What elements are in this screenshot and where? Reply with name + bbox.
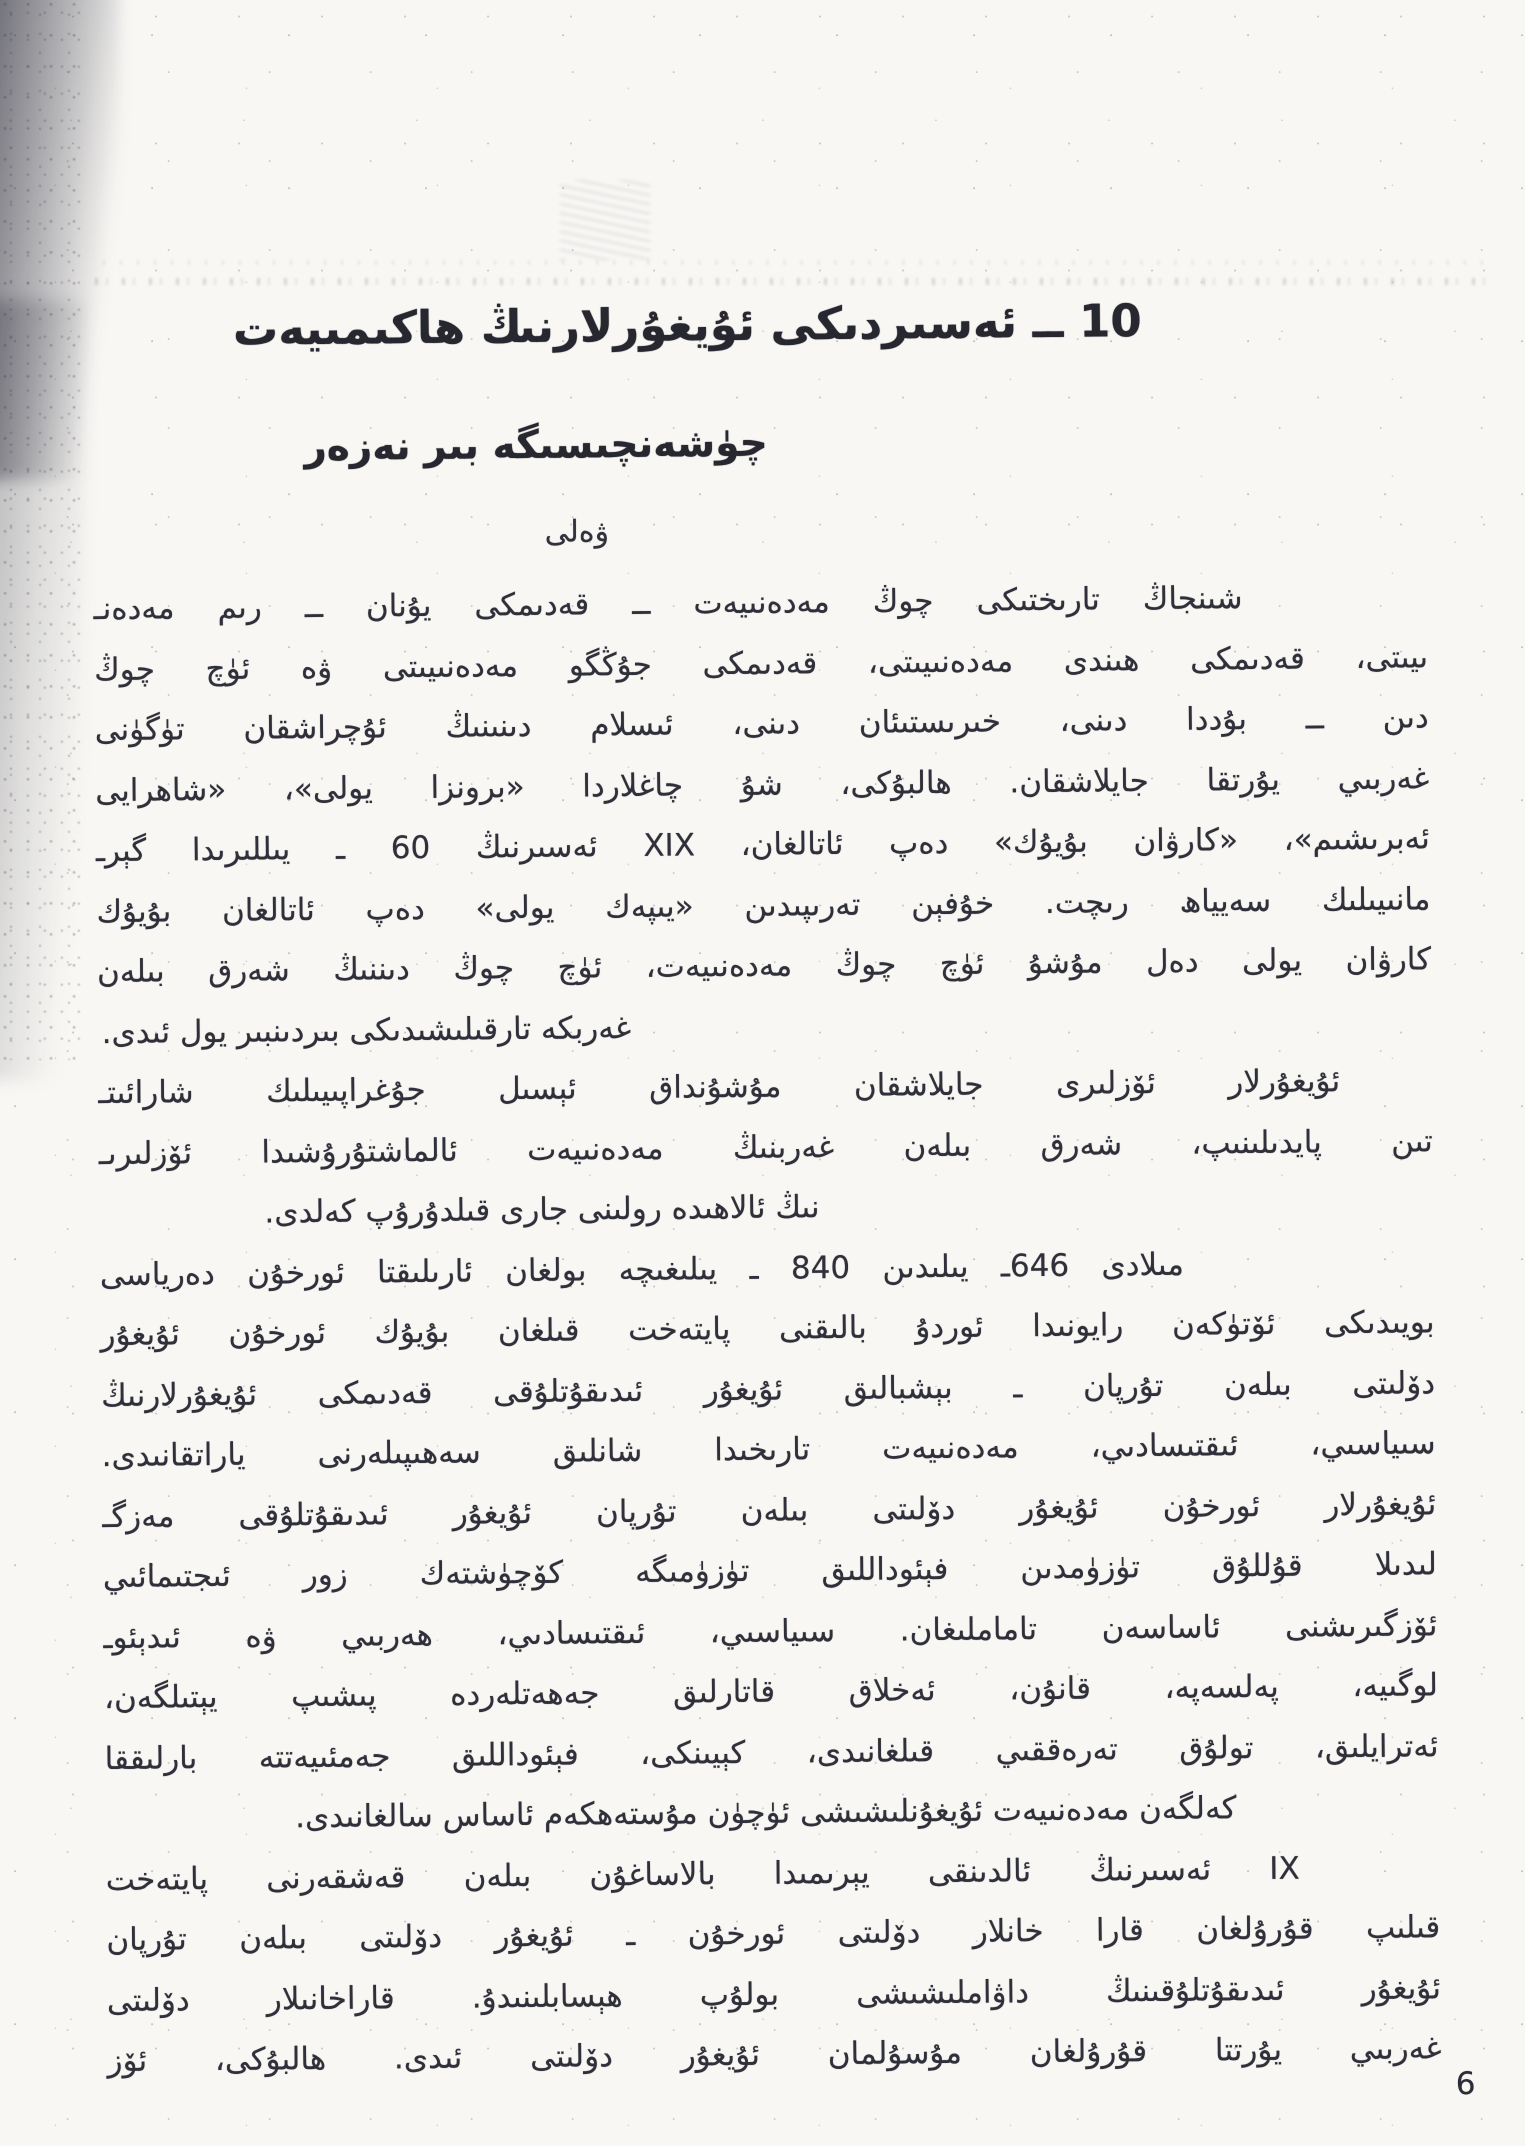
article-title-line2: چۈشەنچىسىگە بىر نەزەر — [96, 419, 976, 472]
scanned-page: 10 ــ ئەسىردىكى ئۇيغۇرلارنىڭ ھاكىمىيەت چ… — [0, 0, 1525, 2146]
text-line: تىن پايدىلىنىپ، شەرق بىلەن غەربنىڭ مەدەن… — [99, 1111, 1434, 1184]
text-line: غەربىي يۇرتتا قۇرۇلغان مۇسۇلمان ئۇيغۇر د… — [107, 2018, 1442, 2091]
article-body: شىنجاڭ تارىختىكى چوڭ مەدەنىيەت ــ قەدىمك… — [93, 566, 1441, 2091]
text-line: ئەترايلىق، تولۇق تەرەققىي قىلغانىدى، كېي… — [104, 1716, 1439, 1789]
page-number: 6 — [1456, 2066, 1476, 2102]
page-content: 10 ــ ئەسىردىكى ئۇيغۇرلارنىڭ ھاكىمىيەت چ… — [0, 0, 1525, 2146]
article-title-line1: 10 ــ ئەسىردىكى ئۇيغۇرلارنىڭ ھاكىمىيەت — [105, 293, 1270, 357]
author-name: ۋەلى — [457, 513, 697, 550]
text-line: كارۋان يولى دەل مۇشۇ ئۈچ چوڭ مەدەنىيەت، … — [97, 929, 1432, 1002]
